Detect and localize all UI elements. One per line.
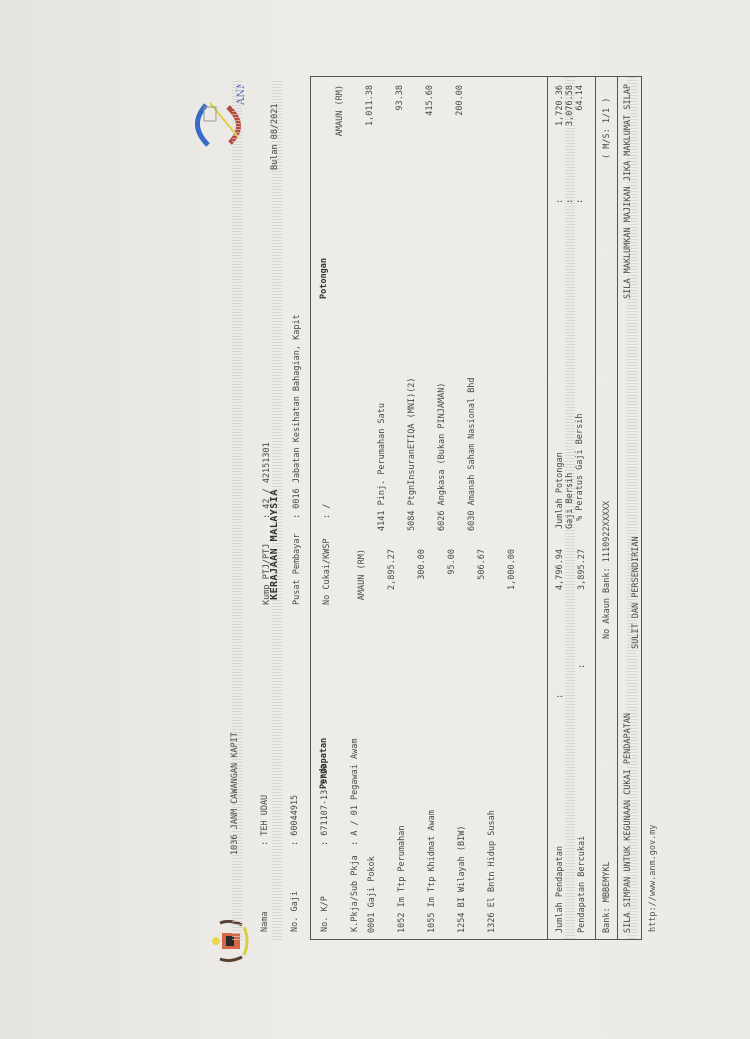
list-item: 0001 Gaji Pokok <box>367 810 377 933</box>
payslip: ANM 1036 JANM CAWANGAN KAPIT Nama: TEH U… <box>180 60 650 990</box>
page-number: ( M/S: 1/1 ) <box>602 98 612 159</box>
deductions-title: Potongan <box>319 258 329 299</box>
divider <box>547 77 548 939</box>
list-item: 1254 BI Wilayah (BIW) <box>457 810 467 933</box>
net-salary-label: Gaji Bersih <box>565 473 575 529</box>
taxable-income-value: 3,895.27 <box>577 549 587 649</box>
earnings-title: Pendapatan <box>319 738 329 789</box>
total-deductions-value: 1,720.36 <box>555 85 565 185</box>
pay-month: Bulan 08/2021 <box>270 103 280 170</box>
list-item: 1055 Im Ttp Khidmat Awam <box>427 810 437 933</box>
confidential-label: SULIT DAN PERSENDIRIAN <box>631 536 641 649</box>
tax-keep-note: SILA SIMPAN UNTUK KEGUNAAN CUKAI PENDAPA… <box>623 713 633 933</box>
divider <box>595 77 596 939</box>
taxable-income-label: Pendapatan Bercukai <box>577 836 587 933</box>
total-earnings-value: 4,796.94 <box>555 549 565 649</box>
list-item: 4141 Pinj. Perumahan Satu <box>377 377 387 531</box>
payslip-table: Pendapatan Potongan 0001 Gaji Pokok 1052… <box>310 76 642 940</box>
deductions-list: 4141 Pinj. Perumahan Satu 5084 PtgnInsur… <box>357 377 497 531</box>
total-earnings-label: Jumlah Pendapatan <box>555 846 565 933</box>
list-item: 6030 Amanah Saham Nasional Bhd <box>467 377 477 531</box>
branch-name: 1036 JANM CAWANGAN KAPIT <box>230 732 240 855</box>
bank-name: Bank: MBBEMYKL <box>602 861 612 933</box>
divider <box>617 77 618 939</box>
net-percent-label: % Peratus Gaji Bersih <box>575 414 585 521</box>
total-deductions-label: Jumlah Potongan <box>555 452 565 529</box>
anm-url-link[interactable]: http://www.anm.gov.my <box>648 825 658 932</box>
list-item: 6026 Angkasa (Bukan PINJAMAN) <box>437 377 447 531</box>
list-item: 1326 El Bntn Hidup Susah <box>487 810 497 933</box>
list-item: 1052 Im Ttp Perumahan <box>397 810 407 933</box>
net-salary-value: 3,076.58 <box>565 85 575 185</box>
earnings-list: 0001 Gaji Pokok 1052 Im Ttp Perumahan 10… <box>347 810 517 933</box>
earnings-amounts: AMAUN (RM) 2,895.27 300.00 95.00 506.67 … <box>337 549 537 649</box>
bank-account: No Akaun Bank: 1110922XXXXX <box>602 501 612 639</box>
net-percent-value: 64.14 <box>575 85 585 185</box>
inform-employer-note: SILA MAKLUMKAN MAJIKAN JIKA MAKLUMAT SIL… <box>623 84 633 299</box>
deductions-amounts: AMAUN (RM) 1,011.38 93.38 415.60 200.00 <box>315 85 485 189</box>
list-item: 5084 PtgnInsuranETIQA (MNI)(2) <box>407 377 417 531</box>
